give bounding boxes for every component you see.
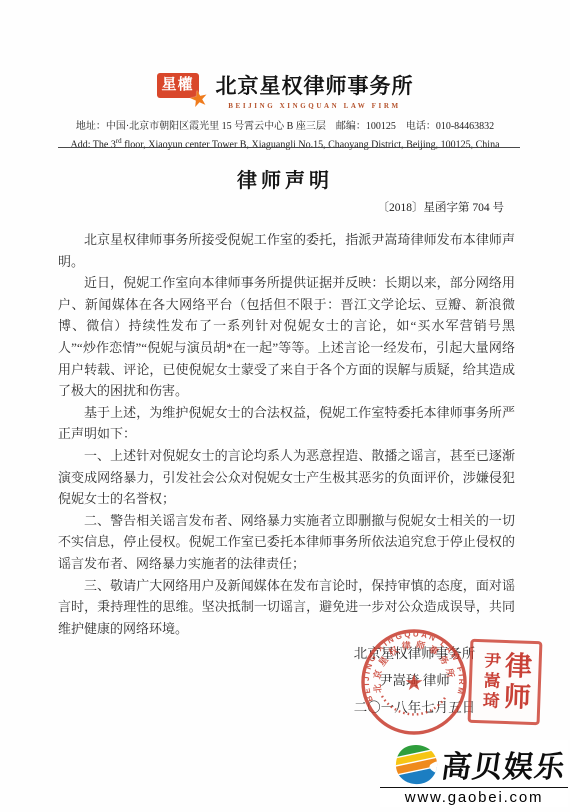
- seal-right-chars: 律师: [500, 651, 529, 714]
- scanned-legal-statement-page: 星權 ★ 北京星权律师事务所 BEIJING XINGQUAN LAW FIRM…: [0, 0, 570, 812]
- paragraph-background: 近日，倪妮工作室向本律师事务所提供证据并反映：长期以来，部分网络用户、新闻媒体在…: [58, 272, 515, 402]
- statement-body: 北京星权律师事务所接受倪妮工作室的委托，指派尹嵩琦律师发布本律师声明。 近日，倪…: [58, 229, 515, 639]
- address-line-en: Add: The 3rd floor, Xiaoyun center Tower…: [0, 134, 570, 152]
- seal-serial-dots: [382, 696, 446, 714]
- firm-logo: 星權 ★: [157, 73, 207, 107]
- letterhead: 星權 ★ 北京星权律师事务所 BEIJING XINGQUAN LAW FIRM…: [0, 70, 570, 152]
- watermark-url: www.gaobei.com: [380, 787, 568, 806]
- paragraph-intro: 北京星权律师事务所接受倪妮工作室的委托，指派尹嵩琦律师发布本律师声明。: [58, 229, 515, 272]
- address-line-cn: 地址：中国·北京市朝阳区霞光里 15 号霄云中心 B 座三层 邮编：100125…: [0, 119, 570, 134]
- watermark-row: 高贝娱乐: [380, 742, 568, 786]
- seal-star-icon: ★: [404, 670, 424, 695]
- lawyer-name-seal: 律师 尹嵩琦: [468, 639, 543, 725]
- document-ref-number: 〔2018〕星函字第 704 号: [378, 199, 505, 215]
- round-firm-seal: BEIJING XINGQUAN LAW FIRM 北京星权律师事务所 ★: [358, 626, 470, 738]
- gaobei-logo-icon: [393, 743, 439, 785]
- star-icon: ★: [187, 86, 211, 112]
- watermark-brand: 高贝娱乐: [439, 742, 569, 786]
- firm-name-block: 北京星权律师事务所 BEIJING XINGQUAN LAW FIRM: [216, 70, 414, 110]
- page-title: 律师声明: [0, 164, 570, 193]
- firm-logo-row: 星權 ★ 北京星权律师事务所 BEIJING XINGQUAN LAW FIRM: [0, 70, 570, 110]
- site-watermark: 高贝娱乐 www.gaobei.com: [380, 740, 568, 807]
- seal-left-chars: 尹嵩琦: [480, 651, 499, 712]
- firm-name-cn: 北京星权律师事务所: [216, 70, 414, 100]
- paragraph-declaration-lead: 基于上述，为维护倪妮女士的合法权益，倪妮工作室特委托本律师事务所严正声明如下：: [58, 402, 515, 445]
- address-en-rest: floor, Xiaoyun center Tower B, Xiaguangl…: [122, 139, 500, 150]
- paragraph-item-1: 一、上述针对倪妮女士的言论均系人为恶意捏造、散播之谣言，甚至已逐渐演变成网络暴力…: [58, 445, 515, 510]
- letterhead-divider: [58, 147, 520, 148]
- paragraph-item-2: 二、警告相关谣言发布者、网络暴力实施者立即删撤与倪妮女士相关的一切不实信息，停止…: [58, 510, 515, 575]
- firm-name-en: BEIJING XINGQUAN LAW FIRM: [216, 102, 414, 110]
- address-en-prefix: Add: The 3: [70, 139, 115, 150]
